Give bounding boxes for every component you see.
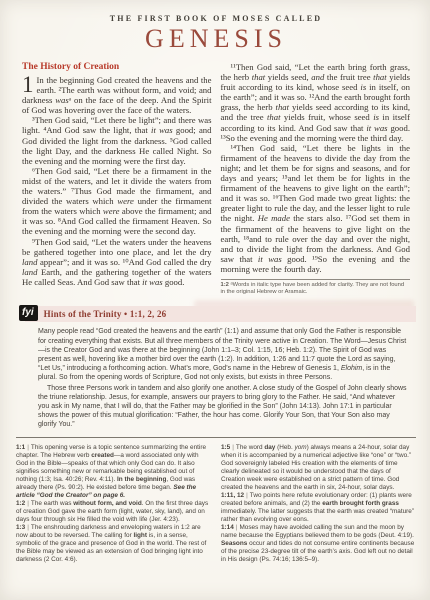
book-supertitle: THE FIRST BOOK OF MOSES CALLED bbox=[14, 14, 418, 23]
fyi-body: Many people read “God created the heaven… bbox=[38, 327, 408, 429]
scripture-paragraph: ⁹Then God said, “Let the waters under th… bbox=[22, 237, 212, 287]
fyi-paragraph: Those three Persons work in tandem and a… bbox=[38, 384, 408, 429]
note-reference: 1:2 bbox=[16, 500, 25, 507]
bible-page: THE FIRST BOOK OF MOSES CALLED GENESIS T… bbox=[0, 0, 430, 600]
note-reference: 1:14 bbox=[221, 524, 234, 531]
scripture-paragraph: ¹⁴Then God said, “Let there be lights in… bbox=[221, 143, 411, 274]
scripture-columns: The History of Creation 1In the beginnin… bbox=[14, 62, 418, 296]
scripture-paragraph: ⁶Then God said, “Let there be a firmamen… bbox=[22, 166, 212, 237]
scripture-paragraph: ¹¹Then God said, “Let the earth bring fo… bbox=[221, 62, 411, 143]
verse-text: In the beginning God created the heavens… bbox=[22, 75, 212, 115]
note-text: The enshrouding darkness and enveloping … bbox=[16, 524, 206, 563]
study-note: 1:3|The enshrouding darkness and envelop… bbox=[16, 524, 211, 564]
study-note: 1:14|Moses may have avoided calling the … bbox=[221, 524, 416, 564]
study-notes-right-column: 1:5|The word day (Heb. yom) always means… bbox=[221, 444, 416, 563]
note-reference: 1:1 bbox=[16, 444, 25, 451]
section-heading: The History of Creation bbox=[22, 62, 212, 72]
study-notes: 1:1|This opening verse is a topic senten… bbox=[14, 444, 418, 563]
fyi-paragraph: Many people read “God created the heaven… bbox=[38, 327, 408, 382]
note-text: This opening verse is a topic sentence s… bbox=[16, 444, 206, 499]
scripture-left-column: The History of Creation 1In the beginnin… bbox=[22, 62, 212, 296]
study-note: 1:1|This opening verse is a topic senten… bbox=[16, 444, 211, 500]
study-note: 1:5|The word day (Heb. yom) always means… bbox=[221, 444, 416, 492]
notes-divider-rule bbox=[16, 437, 416, 438]
translation-footnote: 1:2 ᵃWords in italic type have been adde… bbox=[221, 279, 411, 296]
note-text: The word day (Heb. yom) always means a 2… bbox=[221, 444, 411, 491]
fyi-header-band: fyi Hints of the Trinity • 1:1, 2, 26 bbox=[25, 306, 416, 322]
fyi-logo-icon: fyi bbox=[19, 305, 38, 321]
scripture-right-column: ¹¹Then God said, “Let the earth bring fo… bbox=[221, 62, 411, 296]
note-reference: 1:3 bbox=[16, 524, 25, 531]
study-notes-left-column: 1:1|This opening verse is a topic senten… bbox=[16, 444, 211, 563]
note-text: The earth was without form, and void. On… bbox=[16, 500, 208, 523]
fyi-box: fyi Hints of the Trinity • 1:1, 2, 26 Ma… bbox=[14, 306, 418, 429]
scripture-paragraph: ³Then God said, “Let there be light”; an… bbox=[22, 115, 212, 165]
study-note: 1:2|The earth was without form, and void… bbox=[16, 500, 211, 524]
book-title: GENESIS bbox=[14, 24, 418, 54]
fyi-title: Hints of the Trinity • 1:1, 2, 26 bbox=[44, 309, 167, 319]
study-note: 1:11, 12|Two points here refute evolutio… bbox=[221, 492, 416, 524]
note-reference: 1:5 bbox=[221, 444, 230, 451]
note-reference: 1:11, 12 bbox=[221, 492, 244, 499]
chapter-number-dropcap: 1 bbox=[22, 75, 37, 93]
note-text: Two points here refute evolutionary orde… bbox=[221, 492, 414, 523]
scripture-paragraph: 1In the beginning God created the heaven… bbox=[22, 75, 212, 115]
note-text: Moses may have avoided calling the sun a… bbox=[221, 524, 414, 563]
